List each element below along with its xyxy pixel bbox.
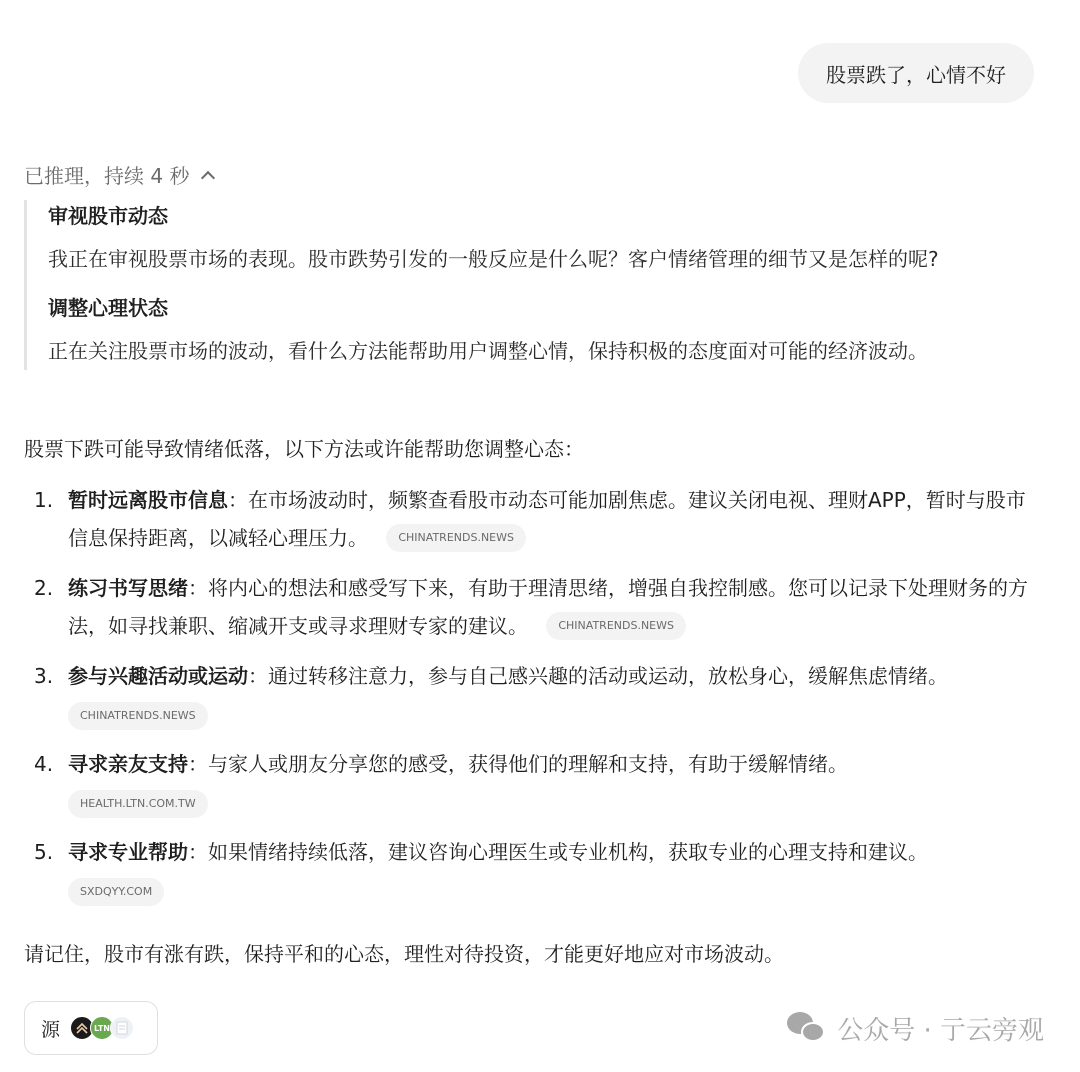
advice-list: 1. 暂时远离股市信息：在市场波动时，频繁查看股市动态可能加剧焦虑。建议关闭电视… bbox=[24, 481, 1044, 921]
list-number: 2. bbox=[34, 569, 53, 607]
reasoning-section-body: 我正在审视股票市场的表现。股市跌势引发的一般反应是什么呢？客户情绪管理的细节又是… bbox=[48, 242, 1024, 276]
reasoning-section-body: 正在关注股票市场的波动，看什么方法能帮助用户调整心情，保持积极的态度面对可能的经… bbox=[48, 334, 1024, 370]
source-chip[interactable]: CHINATRENDS.NEWS bbox=[546, 612, 686, 640]
user-message-bubble: 股票跌了，心情不好 bbox=[798, 43, 1034, 103]
reasoning-section-title: 调整心理状态 bbox=[48, 292, 1024, 324]
list-item-title: 暂时远离股市信息 bbox=[68, 488, 228, 512]
list-item: 1. 暂时远离股市信息：在市场波动时，频繁查看股市动态可能加剧焦虑。建议关闭电视… bbox=[24, 481, 1044, 557]
source-chip[interactable]: CHINATRENDS.NEWS bbox=[386, 524, 526, 552]
source-chip[interactable]: CHINATRENDS.NEWS bbox=[68, 702, 208, 730]
wechat-icon bbox=[787, 1012, 827, 1046]
watermark-text: 公众号 · 亍云旁观 bbox=[837, 1010, 1044, 1047]
sources-button[interactable]: 源 LTN bbox=[24, 1001, 158, 1055]
list-number: 3. bbox=[34, 657, 53, 695]
doc-icon bbox=[110, 1016, 134, 1040]
list-number: 5. bbox=[34, 833, 53, 871]
list-item-text: ：通过转移注意力，参与自己感兴趣的活动或运动，放松身心，缓解焦虑情绪。 bbox=[248, 664, 948, 688]
list-item-title: 参与兴趣活动或运动 bbox=[68, 664, 248, 688]
user-message-text: 股票跌了，心情不好 bbox=[826, 59, 1006, 88]
reasoning-section-title: 审视股市动态 bbox=[48, 200, 1024, 232]
list-item-text: ：如果情绪持续低落，建议咨询心理医生或专业机构，获取专业的心理支持和建议。 bbox=[188, 840, 928, 864]
reasoning-toggle[interactable]: 已推理，持续 4 秒 bbox=[24, 160, 213, 189]
list-item: 3. 参与兴趣活动或运动：通过转移注意力，参与自己感兴趣的活动或运动，放松身心，… bbox=[24, 657, 1044, 733]
reasoning-toggle-label: 已推理，持续 4 秒 bbox=[24, 160, 189, 189]
source-chip[interactable]: SXDQYY.COM bbox=[68, 878, 164, 906]
list-item: 2. 练习书写思绪：将内心的想法和感受写下来，有助于理清思绪，增强自我控制感。您… bbox=[24, 569, 1044, 645]
list-item-text: ：与家人或朋友分享您的感受，获得他们的理解和支持，有助于缓解情绪。 bbox=[188, 752, 848, 776]
sources-label: 源 bbox=[41, 1015, 60, 1042]
reasoning-block: 审视股市动态 我正在审视股票市场的表现。股市跌势引发的一般反应是什么呢？客户情绪… bbox=[24, 200, 1024, 370]
list-item-title: 练习书写思绪 bbox=[68, 576, 188, 600]
source-chip[interactable]: HEALTH.LTN.COM.TW bbox=[68, 790, 208, 818]
answer-closing: 请记住，股市有涨有跌，保持平和的心态，理性对待投资，才能更好地应对市场波动。 bbox=[24, 937, 784, 971]
list-item-title: 寻求亲友支持 bbox=[68, 752, 188, 776]
list-item: 4. 寻求亲友支持：与家人或朋友分享您的感受，获得他们的理解和支持，有助于缓解情… bbox=[24, 745, 1044, 821]
list-item: 5. 寻求专业帮助：如果情绪持续低落，建议咨询心理医生或专业机构，获取专业的心理… bbox=[24, 833, 1044, 909]
chat-page: 股票跌了，心情不好 已推理，持续 4 秒 审视股市动态 我正在审视股票市场的表现… bbox=[0, 0, 1080, 1072]
list-item-title: 寻求专业帮助 bbox=[68, 840, 188, 864]
chevron-up-icon bbox=[201, 170, 215, 184]
answer-intro: 股票下跌可能导致情绪低落，以下方法或许能帮助您调整心态： bbox=[24, 432, 584, 466]
list-number: 1. bbox=[34, 481, 53, 519]
watermark: 公众号 · 亍云旁观 bbox=[787, 1010, 1044, 1047]
source-favicons: LTN bbox=[70, 1016, 130, 1040]
list-number: 4. bbox=[34, 745, 53, 783]
